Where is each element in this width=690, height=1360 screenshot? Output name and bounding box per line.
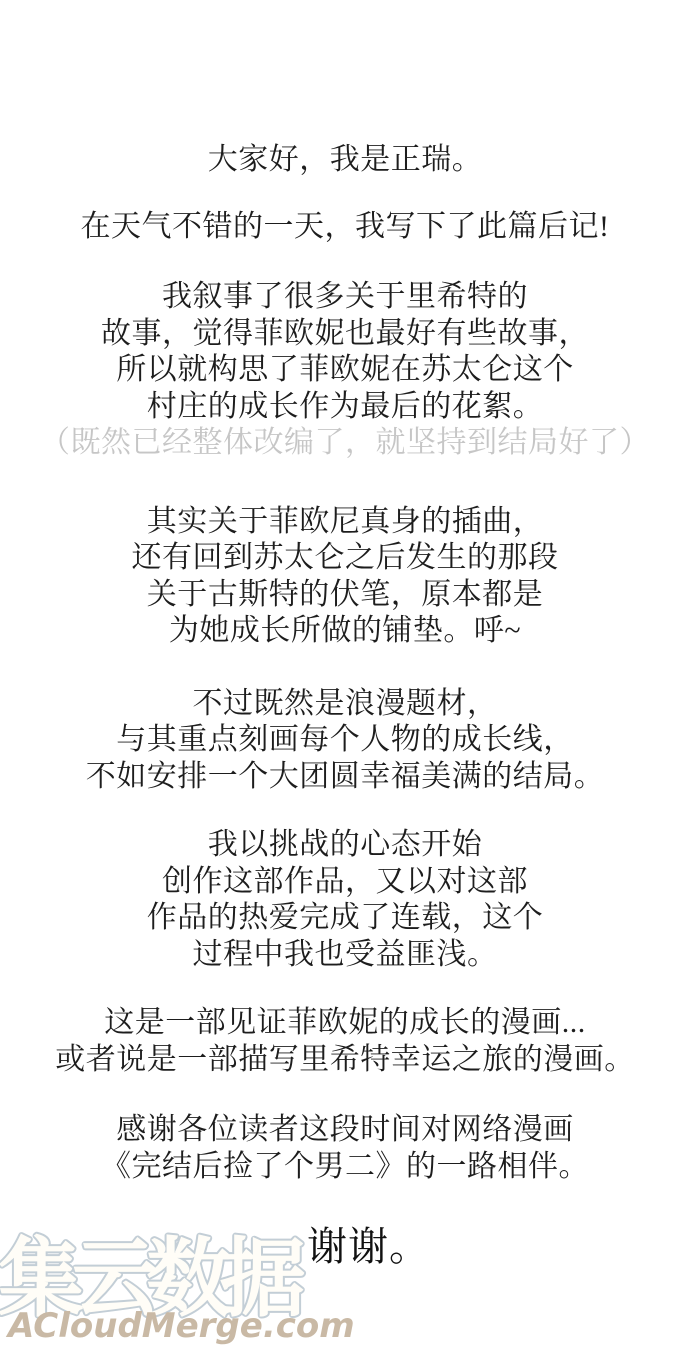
text-line: 不过既然是浪漫题材，: [0, 686, 690, 723]
text-line: 其实关于菲欧尼真身的插曲，: [0, 504, 690, 541]
paragraph-creation-journey: 我以挑战的心态开始 创作这部作品，又以对这部 作品的热爱完成了连载，这个 过程中…: [0, 827, 690, 973]
paragraph-foreshadowing: 其实关于菲欧尼真身的插曲， 还有回到苏太仑之后发生的那段 关于古斯特的伏笔，原本…: [0, 504, 690, 650]
text-line: 村庄的成长作为最后的花絮。: [0, 389, 690, 426]
text-line: 大家好，我是正瑞。: [0, 142, 690, 179]
text-line: 过程中我也受益匪浅。: [0, 937, 690, 974]
text-line: 我以挑战的心态开始: [0, 827, 690, 864]
text-line: 我叙事了很多关于里希特的: [0, 279, 690, 316]
paragraph-thanks-readers: 感谢各位读者这段时间对网络漫画 《完结后捡了个男二》的一路相伴。: [0, 1112, 690, 1185]
text-line: 不如安排一个大团圆幸福美满的结局。: [0, 759, 690, 796]
afterword-page: 大家好，我是正瑞。 在天气不错的一天，我写下了此篇后记! 我叙事了很多关于里希特…: [0, 0, 690, 1360]
text-line: 创作这部作品，又以对这部: [0, 864, 690, 901]
text-line: 在天气不错的一天，我写下了此篇后记!: [0, 209, 690, 246]
text-line: 《完结后捡了个男二》的一路相伴。: [0, 1149, 690, 1186]
closing-thanks: 谢谢。: [307, 1221, 430, 1273]
afterword-text: 大家好，我是正瑞。 在天气不错的一天，我写下了此篇后记! 我叙事了很多关于里希特…: [0, 0, 690, 1185]
text-line: 关于古斯特的伏笔，原本都是: [0, 577, 690, 614]
paragraph-intro: 在天气不错的一天，我写下了此篇后记!: [0, 209, 690, 246]
paragraph-summary: 这是一部见证菲欧妮的成长的漫画... 或者说是一部描写里希特幸运之旅的漫画。: [0, 1005, 690, 1078]
text-line: 所以就构思了菲欧妮在苏太仑这个: [0, 352, 690, 389]
text-line: 与其重点刻画每个人物的成长线，: [0, 722, 690, 759]
paragraph-greeting: 大家好，我是正瑞。: [0, 142, 690, 179]
text-line: 作品的热爱完成了连载，这个: [0, 900, 690, 937]
text-line: 这是一部见证菲欧妮的成长的漫画...: [0, 1005, 690, 1042]
text-line: 故事，觉得菲欧妮也最好有些故事，: [0, 316, 690, 353]
text-line: 还有回到苏太仑之后发生的那段: [0, 540, 690, 577]
text-line: 为她成长所做的铺垫。呼~: [0, 613, 690, 650]
paragraph-romance-ending: 不过既然是浪漫题材， 与其重点刻画每个人物的成长线， 不如安排一个大团圆幸福美满…: [0, 686, 690, 796]
paragraph-story-concept: 我叙事了很多关于里希特的 故事，觉得菲欧妮也最好有些故事， 所以就构思了菲欧妮在…: [0, 279, 690, 462]
text-line: 感谢各位读者这段时间对网络漫画: [0, 1112, 690, 1149]
watermark-site-url: ACloudMerge.com: [8, 1306, 355, 1346]
paragraph-note: （既然已经整体改编了，就坚持到结局好了）: [0, 425, 690, 462]
text-line: 或者说是一部描写里希特幸运之旅的漫画。: [0, 1042, 690, 1079]
